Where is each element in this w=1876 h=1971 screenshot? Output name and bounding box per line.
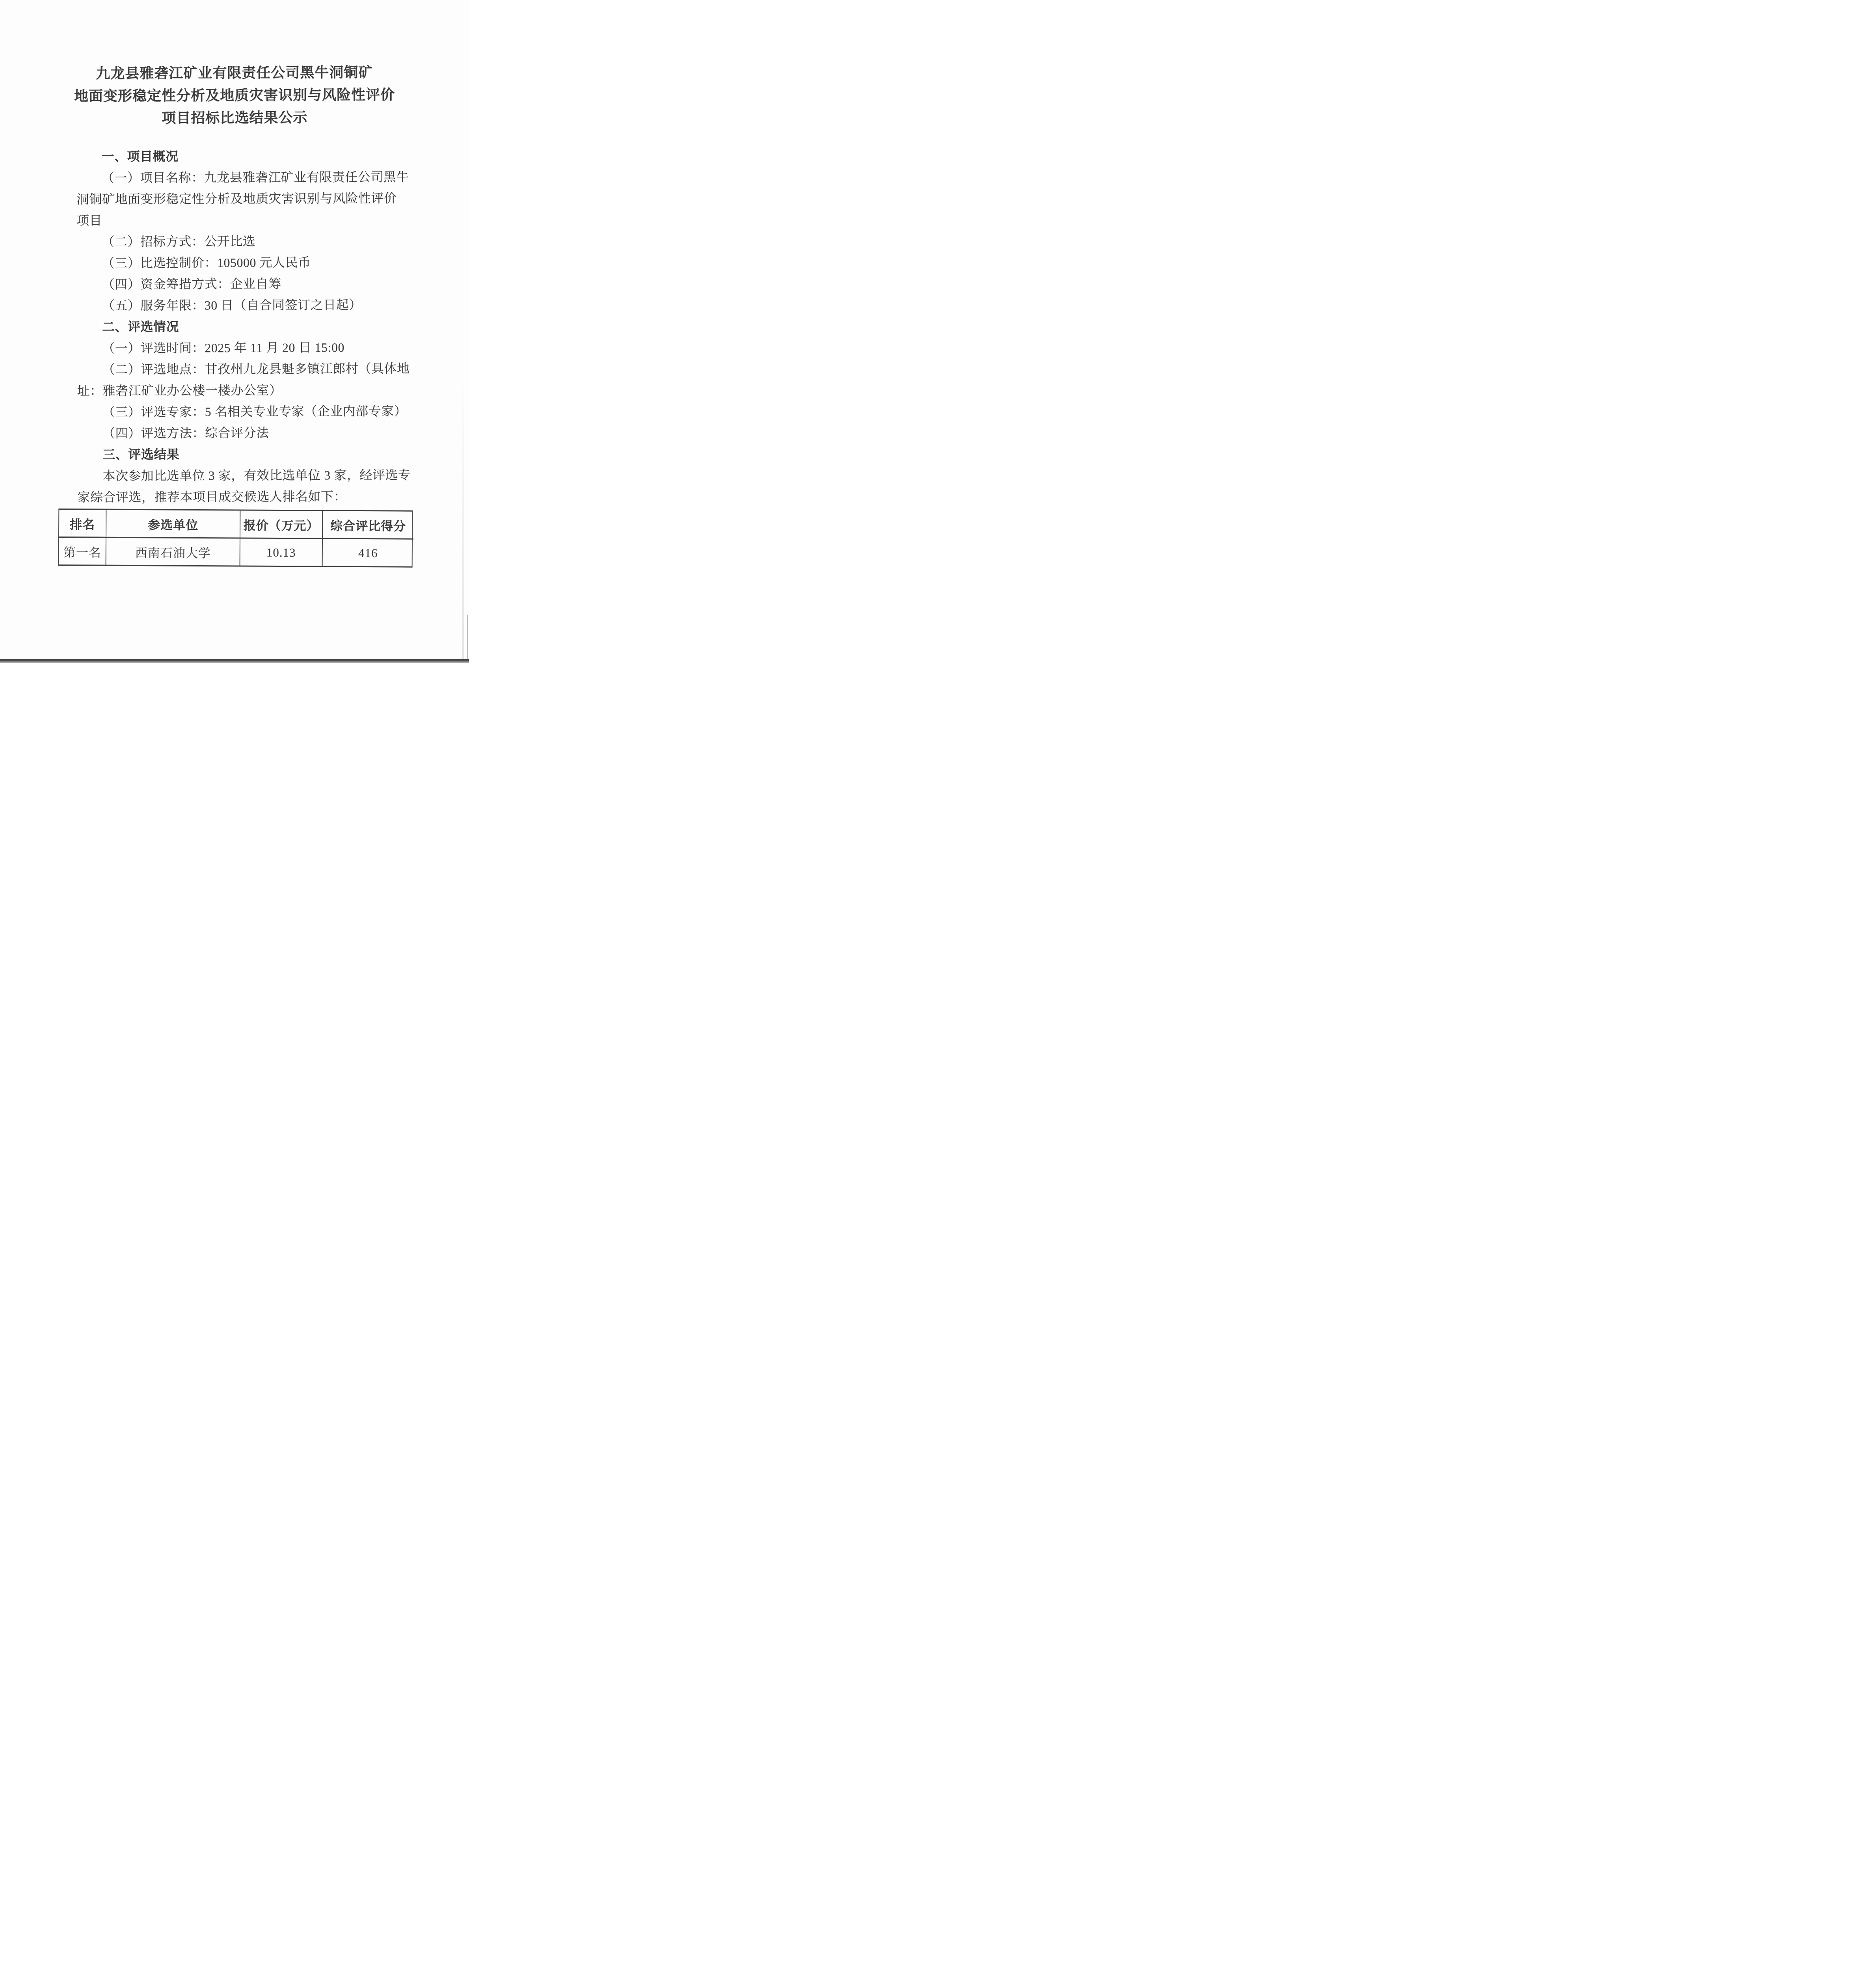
table-cell-score: 416 — [323, 539, 413, 567]
table-cell-bidder: 西南石油大学 — [106, 538, 240, 566]
body-line: （三）评选专家：5 名相关专业专家（企业内部专家） — [77, 401, 410, 423]
scanned-document-page: 九龙县雅砻江矿业有限责任公司黑牛洞铜矿 地面变形稳定性分析及地质灾害识别与风险性… — [0, 0, 469, 663]
document-title: 九龙县雅砻江矿业有限责任公司黑牛洞铜矿 地面变形稳定性分析及地质灾害识别与风险性… — [69, 61, 400, 130]
scan-speck — [303, 180, 304, 181]
body-line: （五）服务年限：30 日（自合同签订之日起） — [77, 294, 410, 317]
body-line: （四）评选方法：综合评分法 — [77, 422, 410, 444]
title-line-1: 九龙县雅砻江矿业有限责任公司黑牛洞铜矿 — [69, 61, 400, 85]
table-header-score: 综合评比得分 — [323, 511, 413, 540]
body-line: （二）招标方式：公开比选 — [76, 230, 409, 253]
title-line-3: 项目招标比选结果公示 — [69, 106, 400, 130]
section-heading-3: 三、评选结果 — [77, 443, 410, 466]
body-line: （一）评选时间：2025 年 11 月 20 日 15:00 — [77, 337, 410, 359]
body-line: （三）比选控制价：105000 元人民币 — [76, 251, 409, 274]
scan-edge-line — [467, 615, 468, 663]
scan-streak-artifact — [462, 374, 464, 660]
body-line: 本次参加比选单位 3 家，有效比选单位 3 家，经评选专 — [77, 464, 410, 487]
document-body: 一、项目概况 （一）项目名称：九龙县雅砻江矿业有限责任公司黑牛 洞铜矿地面变形稳… — [76, 145, 410, 508]
ranking-table: 排名 参选单位 报价（万元） 综合评比得分 第一名 西南石油大学 10.13 4… — [58, 509, 413, 568]
body-line: （二）评选地点：甘孜州九龙县魁多镇江郎村（具体地 — [77, 358, 410, 380]
section-heading-2: 二、评选情况 — [77, 315, 410, 338]
table-cell-price: 10.13 — [240, 538, 323, 566]
body-line: 洞铜矿地面变形稳定性分析及地质灾害识别与风险性评价 — [76, 188, 409, 210]
body-line: （一）项目名称：九龙县雅砻江矿业有限责任公司黑牛 — [76, 166, 409, 189]
body-line: 址：雅砻江矿业办公楼一楼办公室） — [77, 379, 410, 402]
section-heading-1: 一、项目概况 — [76, 145, 409, 168]
body-line: 项目 — [76, 209, 409, 231]
table-cell-rank: 第一名 — [59, 538, 106, 565]
table-header-rank: 排名 — [59, 510, 106, 538]
table-header-price: 报价（万元） — [240, 510, 323, 539]
body-line: 家综合评选，推荐本项目成交候选人排名如下： — [77, 486, 410, 508]
table-header-bidder: 参选单位 — [106, 510, 240, 539]
scan-bottom-bar-light — [0, 661, 469, 663]
body-line: （四）资金筹措方式：企业自筹 — [77, 273, 410, 295]
title-line-2: 地面变形稳定性分析及地质灾害识别与风险性评价 — [69, 83, 400, 107]
